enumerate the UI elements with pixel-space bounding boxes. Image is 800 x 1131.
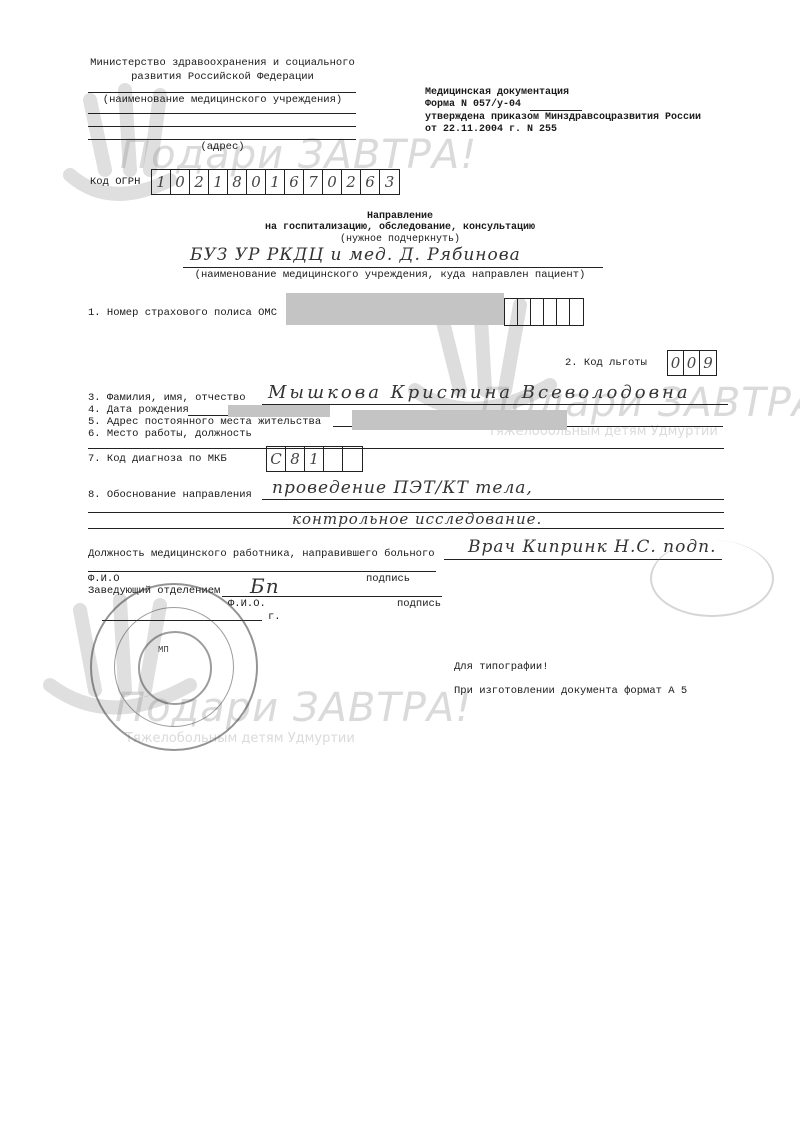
destination-caption: (наименование медицинского учреждения, к… [180, 269, 600, 281]
ogrn-code-boxes: 1021801670263 [151, 169, 400, 195]
printing-note-1: Для типографии! [454, 661, 549, 673]
code-box-cell: 6 [361, 170, 380, 194]
code-box-cell: 7 [304, 170, 323, 194]
policy-label: 1. Номер страхового полиса ОМС [88, 307, 277, 319]
code-box-cell: 2 [342, 170, 361, 194]
doctor-line [444, 559, 722, 560]
code-box-cell: 0 [171, 170, 190, 194]
code-box-cell [531, 299, 544, 325]
fio-line [262, 404, 728, 405]
icd-code-boxes: C81 [266, 446, 363, 472]
printing-note-2: При изготовлении документа формат А 5 [454, 685, 687, 697]
med-doc-label: Медицинская документация [425, 87, 569, 98]
destination-value: БУЗ УР РКДЦ и мед. Д. Рябинова [190, 245, 521, 265]
reason-underline-1 [262, 499, 724, 500]
code-box-cell [557, 299, 570, 325]
code-box-cell: 2 [190, 170, 209, 194]
benefit-code-boxes: 009 [667, 350, 717, 376]
icd-label: 7. Код диагноза по МКБ [88, 453, 227, 465]
code-box-cell: 1 [152, 170, 171, 194]
date-suffix: г. [268, 611, 281, 623]
head-signature: Бп [250, 574, 280, 598]
doctor-position-label: Должность медицинского работника, направ… [88, 548, 435, 560]
form-number: Форма N 057/у-04 [425, 99, 521, 110]
address-line-1 [88, 113, 356, 114]
code-box-cell [570, 299, 583, 325]
document-subtitle: на госпитализацию, обследование, консуль… [180, 222, 620, 233]
fio-signature-line [88, 571, 436, 572]
fio-value: Мышкова Кристина Всеволодовна [268, 382, 691, 403]
code-box-cell [324, 447, 343, 471]
watermark-title: Подари ЗАВТРА! [115, 685, 472, 731]
dob-label: 4. Дата рождения [88, 404, 189, 416]
reason-label: 8. Обоснование направления [88, 489, 252, 501]
order-date: от 22.11.2004 г. N 255 [425, 124, 557, 135]
code-box-cell [518, 299, 531, 325]
ogrn-label: Код ОГРН [90, 176, 140, 188]
watermark-hand-icon [40, 590, 240, 730]
approval-line: утверждена приказом Минздравсоцразвития … [425, 112, 701, 123]
institution-caption: (наименование медицинского учреждения) [85, 94, 360, 106]
watermark-subtitle: Тяжелобольным детям Удмуртии [125, 731, 355, 746]
date-line [102, 620, 262, 621]
code-box-cell: 0 [684, 351, 700, 375]
address-caption: (адрес) [85, 141, 360, 153]
fio-label: 3. Фамилия, имя, отчество [88, 392, 246, 404]
code-box-cell: 0 [668, 351, 684, 375]
policy-redacted [286, 293, 504, 325]
code-box-cell: 1 [266, 170, 285, 194]
reason-underline-3 [88, 528, 724, 529]
code-box-cell: 8 [228, 170, 247, 194]
code-box-cell: 0 [247, 170, 266, 194]
work-line [88, 448, 724, 449]
fio-caption: Ф.И.О [88, 573, 120, 585]
address-line-3 [88, 139, 356, 140]
code-box-cell: C [267, 447, 286, 471]
mp-label: МП [158, 645, 169, 655]
reason-line-2: контрольное исследование. [292, 510, 542, 528]
head-signature-caption: подпись [397, 598, 441, 610]
head-of-department-label: Заведующий отделением [88, 585, 220, 597]
head-signature-line [222, 596, 442, 597]
head-fio-caption: Ф.И.О. [228, 598, 266, 610]
work-label: 6. Место работы, должность [88, 428, 252, 440]
code-box-cell [505, 299, 518, 325]
code-box-cell: 3 [380, 170, 399, 194]
code-box-cell [343, 447, 362, 471]
destination-line [183, 267, 603, 268]
underline-hint: (нужное подчеркнуть) [180, 234, 620, 245]
policy-number-boxes [504, 298, 584, 326]
code-box-cell: 1 [305, 447, 324, 471]
reason-line-1: проведение ПЭТ/КТ тела, [272, 478, 533, 498]
institution-line [88, 92, 356, 93]
address-label: 5. Адрес постоянного места жительства [88, 416, 321, 428]
code-box-cell: 9 [700, 351, 716, 375]
address-redacted [352, 410, 567, 430]
code-box-cell: 0 [323, 170, 342, 194]
signature-caption: подпись [366, 573, 410, 585]
code-box-cell: 1 [209, 170, 228, 194]
address-line-2 [88, 126, 356, 127]
code-box-cell [544, 299, 557, 325]
code-box-cell: 8 [286, 447, 305, 471]
ministry-line-2: развития Российской Федерации [85, 71, 360, 83]
ministry-line-1: Министерство здравоохранения и социально… [85, 57, 360, 69]
document-title: Направление [180, 211, 620, 222]
form-number-line [530, 110, 582, 111]
benefit-label: 2. Код льготы [565, 357, 647, 369]
doctor-position-value: Врач Кипринк Н.С. подп. [468, 537, 716, 557]
code-box-cell: 6 [285, 170, 304, 194]
